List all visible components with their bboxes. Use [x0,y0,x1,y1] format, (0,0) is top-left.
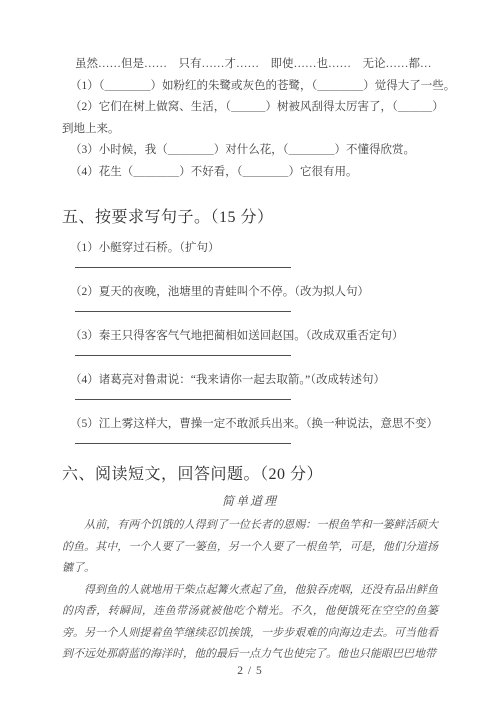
question-block: （1）小艇穿过石桥。（扩句） [62,238,438,268]
passage-paragraph: 得到鱼的人就地用干柴点起篝火煮起了鱼，他狼吞虎咽，还没有品出鲜鱼的肉香，转瞬间，… [62,580,438,666]
answer-blank-line [75,390,291,400]
fill-line: （4）花生（＿＿＿＿）不好看，（＿＿＿＿）它很有用。 [62,162,438,184]
section-five-heading: 五、按要求写句子。（15 分） [62,207,438,229]
fill-in-blank-items: （1）（＿＿＿＿）如粉红的朱鹭或灰色的苍鹭，（＿＿＿＿）觉得大了一些。（2）它们… [62,76,438,184]
page-number: 2 / 5 [0,665,500,677]
question-block: （3）秦王只得客客气气地把蔺相如送回赵国。（改成双重否定句） [62,326,438,356]
answer-blank-line [75,302,291,312]
fill-line: 到地上来。 [62,119,438,141]
answer-blank-line [75,434,291,444]
question-text: （2）夏天的夜晚，池塘里的青蛙叫个不停。（改为拟人句） [62,282,438,302]
passage-paragraph: 从前，有两个饥饿的人得到了一位长者的恩赐：一根鱼竿和一篓鲜活硕大的鱼。其中，一个… [62,515,438,580]
section-five-questions: （1）小艇穿过石桥。（扩句） （2）夏天的夜晚，池塘里的青蛙叫个不停。（改为拟人… [62,238,438,444]
question-text: （1）小艇穿过石桥。（扩句） [62,238,438,258]
passage-title: 简单道理 [62,492,438,510]
question-block: （5）江上雾这样大，曹操一定不敢派兵出来。（换一种说法，意思不变） [62,414,438,444]
question-text: （5）江上雾这样大，曹操一定不敢派兵出来。（换一种说法，意思不变） [62,414,438,434]
question-text: （4）诸葛亮对鲁肃说：“我来请你一起去取箭。”（改成转述句） [62,370,438,390]
connectives-word-bank: 虽然……但是…… 只有……才…… 即使……也…… 无论……都… [62,54,438,76]
exam-page: 虽然……但是…… 只有……才…… 即使……也…… 无论……都… （1）（＿＿＿＿… [0,0,500,707]
question-block: （2）夏天的夜晚，池塘里的青蛙叫个不停。（改为拟人句） [62,282,438,312]
fill-line: （1）（＿＿＿＿）如粉红的朱鹭或灰色的苍鹭，（＿＿＿＿）觉得大了一些。 [62,76,438,98]
fill-line: （2）它们在树上做窝、生活，（＿＿＿）树被风刮得太厉害了，（＿＿＿） [62,97,438,119]
answer-blank-line [75,258,291,268]
question-block: （4）诸葛亮对鲁肃说：“我来请你一起去取箭。”（改成转述句） [62,370,438,400]
fill-line: （3）小时候，我（＿＿＿＿）对什么花，（＿＿＿＿）不懂得欣赏。 [62,140,438,162]
answer-blank-line [75,346,291,356]
question-text: （3）秦王只得客客气气地把蔺相如送回赵国。（改成双重否定句） [62,326,438,346]
reading-passage: 从前，有两个饥饿的人得到了一位长者的恩赐：一根鱼竿和一篓鲜活硕大的鱼。其中，一个… [62,515,438,666]
section-six-heading: 六、阅读短文，回答问题。（20 分） [62,464,438,486]
